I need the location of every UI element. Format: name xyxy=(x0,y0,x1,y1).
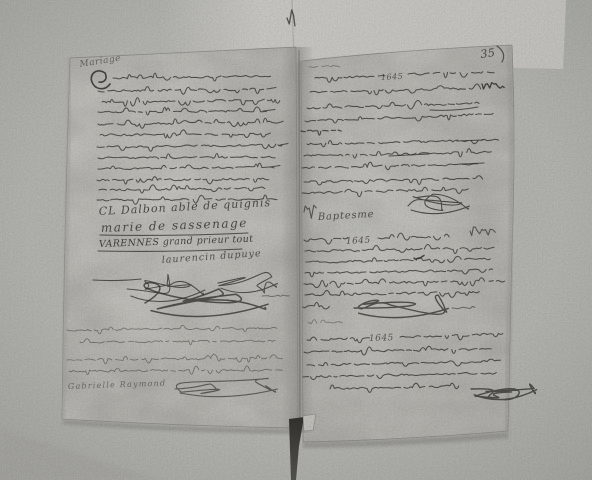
photo-grain xyxy=(0,0,592,480)
manuscript-photo: 35 Mariage 1645 1645 1645 CL Dalbon able… xyxy=(0,0,592,480)
manuscript-scan: 35 Mariage 1645 1645 1645 CL Dalbon able… xyxy=(0,0,592,480)
